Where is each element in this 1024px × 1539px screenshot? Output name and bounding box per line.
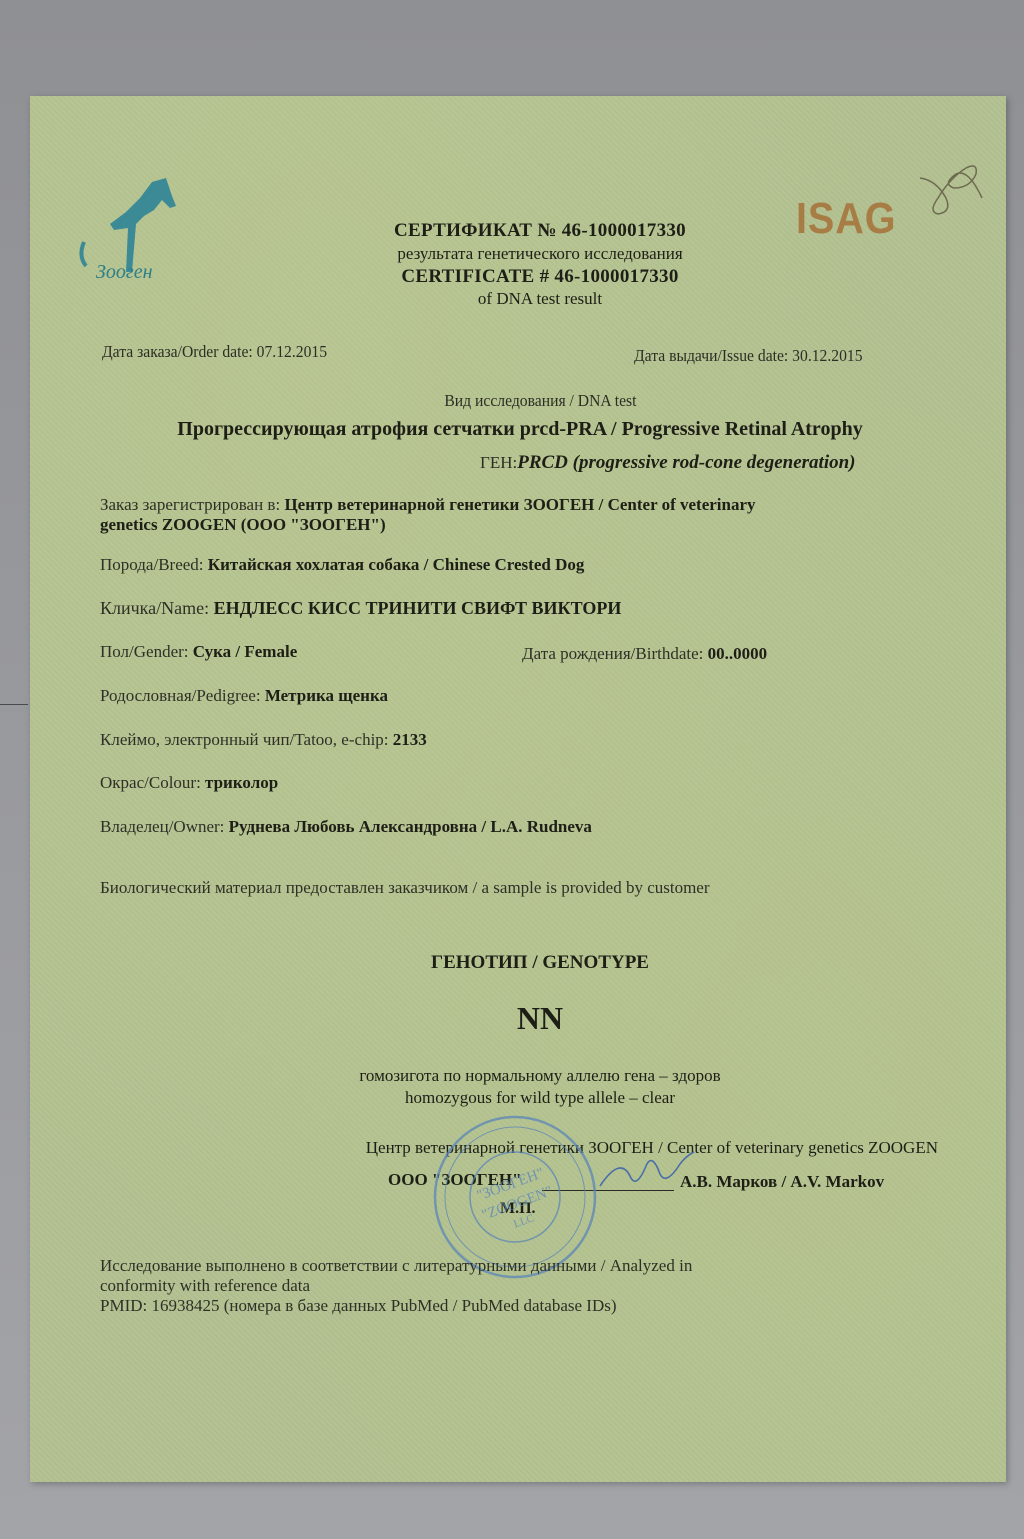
signer-name: А.В. Марков / A.V. Markov (680, 1172, 884, 1192)
field-gender: Пол/Gender: Сука / Female (100, 642, 297, 662)
isag-signature-mark-icon (916, 158, 986, 218)
field-chip: Клеймо, электронный чип/Tatoo, e-chip: 2… (100, 730, 427, 750)
background-edge-line (0, 704, 28, 705)
genotype-value: NN (270, 1000, 810, 1037)
isag-logo: ISAG (796, 194, 896, 244)
horse-head-logo-icon: Зооген (74, 172, 194, 282)
footer-line1: Исследование выполнено в соответствии с … (100, 1256, 692, 1276)
field-name: Кличка/Name: ЕНДЛЕСС КИСС ТРИНИТИ СВИФТ … (100, 598, 621, 619)
order-date: Дата заказа/Order date: 07.12.2015 (102, 342, 347, 362)
genotype-desc-ru: гомозигота по нормальному аллелю гена – … (220, 1066, 860, 1086)
svg-text:Зооген: Зооген (96, 261, 153, 282)
certificate-subtitle-en: of DNA test result (270, 289, 810, 309)
field-registered-line2: genetics ZOOGEN (ООО "ЗООГЕН") (100, 515, 386, 535)
field-breed: Порода/Breed: Китайская хохлатая собака … (100, 555, 584, 575)
footer-pmid: PMID: 16938425 (номера в базе данных Pub… (100, 1296, 617, 1316)
genotype-desc-en: homozygous for wild type allele – clear (220, 1088, 860, 1108)
footer-line2: conformity with reference data (100, 1276, 310, 1296)
certificate-title-ru: СЕРТИФИКАТ № 46-1000017330 (270, 220, 810, 242)
svg-text:LLC: LLC (512, 1212, 536, 1230)
sample-note: Биологический материал предоставлен зака… (100, 878, 710, 898)
handwritten-signature-icon (590, 1146, 710, 1196)
certificate-subtitle-ru: результата генетического исследования (270, 244, 810, 264)
dna-test-name: Прогрессирующая атрофия сетчатки prcd-PR… (70, 418, 970, 441)
dna-test-label: Вид исследования / DNA test (270, 391, 810, 411)
field-colour: Окрас/Colour: триколор (100, 773, 278, 793)
gene-line: ГЕН: PRCD (progressive rod-cone degenera… (480, 452, 856, 474)
field-birthdate: Дата рождения/Birthdate: 00..0000 (522, 644, 767, 664)
issue-date: Дата выдачи/Issue date: 30.12.2015 (634, 346, 882, 366)
field-pedigree: Родословная/Pedigree: Метрика щенка (100, 686, 388, 706)
field-owner: Владелец/Owner: Руднева Любовь Александр… (100, 817, 592, 837)
certificate-paper: Зооген ISAG СЕРТИФИКАТ № 46-1000017330 р… (30, 96, 1006, 1482)
gene-value: PRCD (progressive rod-cone degeneration) (517, 452, 855, 473)
genotype-heading: ГЕНОТИП / GENOTYPE (270, 952, 810, 974)
certificate-title-en: CERTIFICATE # 46-1000017330 (270, 266, 810, 288)
field-registered: Заказ зарегистрирован в: Центр ветеринар… (100, 495, 756, 515)
